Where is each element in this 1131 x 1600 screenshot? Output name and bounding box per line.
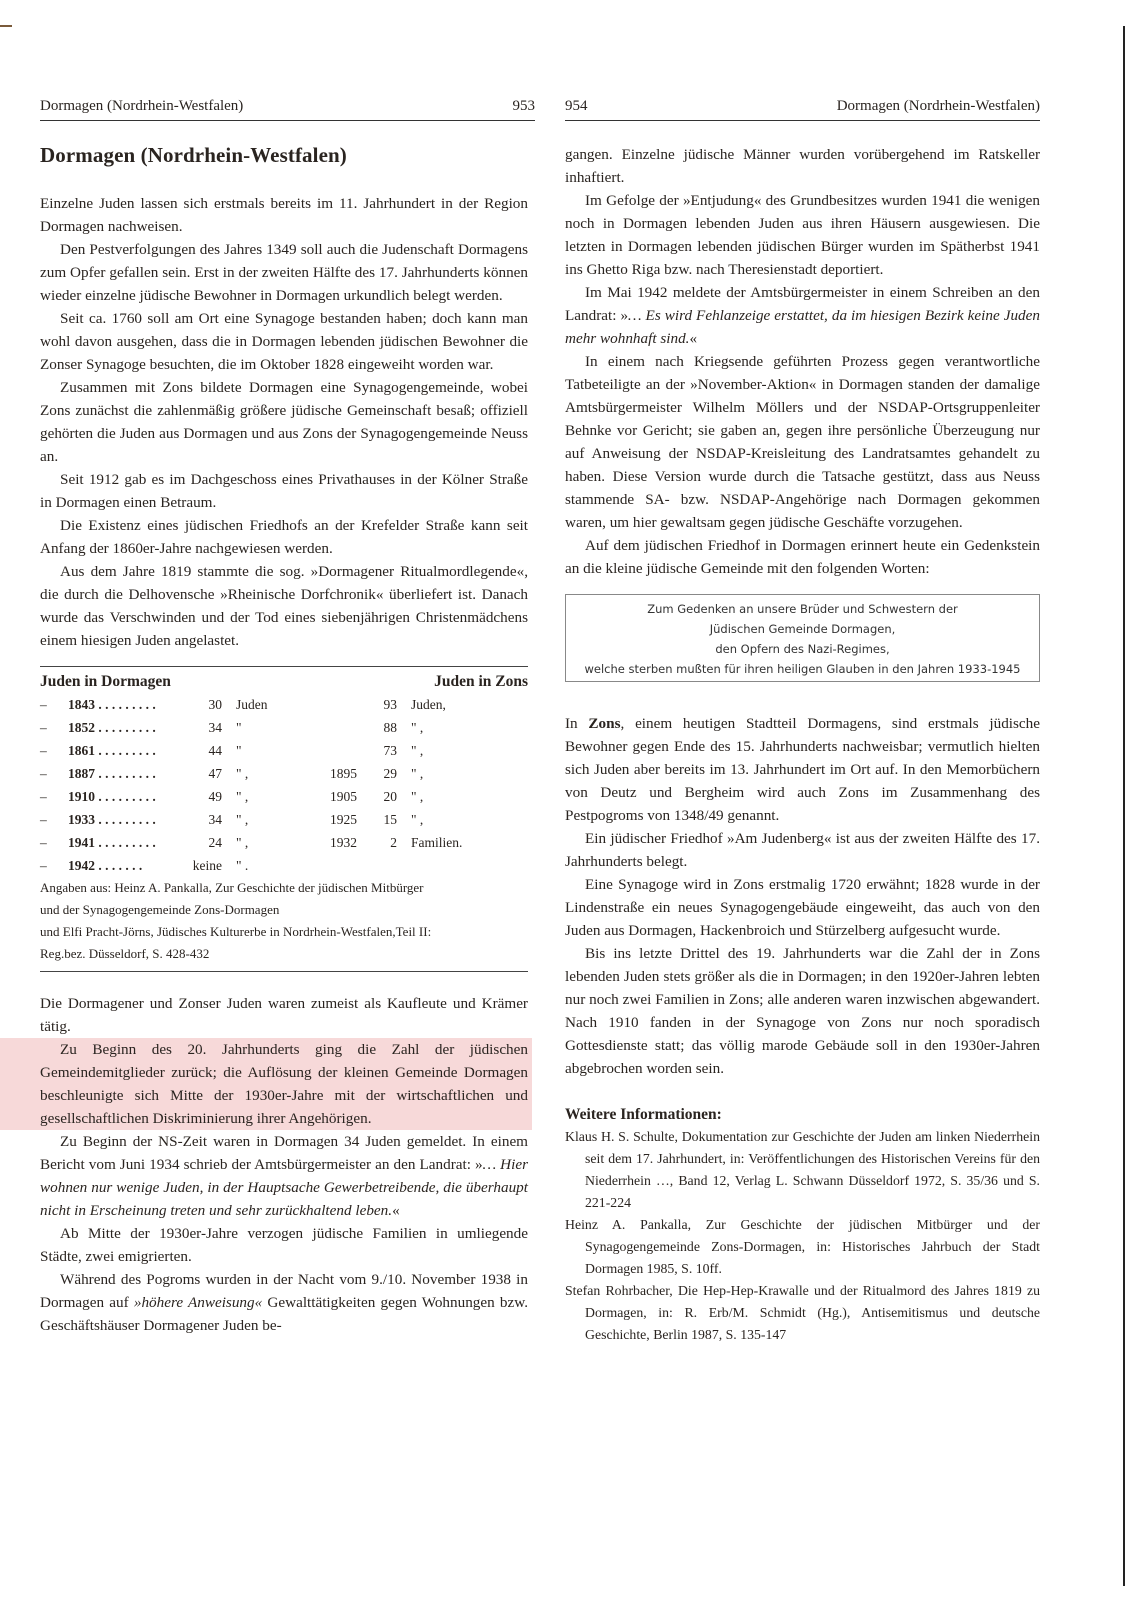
- stats-cell-label: " ,: [222, 831, 302, 854]
- stats-cell-zons-label: " ,: [397, 739, 477, 762]
- paragraph-may-1942: Im Mai 1942 meldete der Amtsbürgermeiste…: [565, 281, 1040, 350]
- stats-cell-label: Juden: [222, 693, 302, 716]
- stats-cell-zons-label: [397, 854, 477, 877]
- stats-cell-zons-year: [302, 716, 357, 739]
- stats-cell-label: " ,: [222, 762, 302, 785]
- stats-cell-count: 47: [186, 762, 222, 785]
- stats-cell-label: " ,: [222, 785, 302, 808]
- paragraph: In einem nach Kriegsende geführten Proze…: [565, 350, 1040, 534]
- paragraph: Seit 1912 gab es im Dachgeschoss eines P…: [40, 468, 528, 514]
- stats-cell-zons-year: [302, 854, 357, 877]
- stats-cell-zons-year: 1905: [302, 785, 357, 808]
- stats-cell-dash: –: [40, 854, 68, 877]
- stats-row: –1910 . . . . . . . . .49" ,190520" ,: [40, 785, 528, 808]
- memorial-line: Jüdischen Gemeinde Dormagen,: [570, 619, 1035, 639]
- stats-cell-count: 30: [186, 693, 222, 716]
- stats-source: Angaben aus: Heinz A. Pankalla, Zur Gesc…: [40, 877, 528, 965]
- stats-row: –1933 . . . . . . . . .34" ,192515" ,: [40, 808, 528, 831]
- stats-cell-label: ": [222, 739, 302, 762]
- paragraph: Aus dem Jahre 1819 stammte die sog. »Dor…: [40, 560, 528, 652]
- stats-source-line: Angaben aus: Heinz A. Pankalla, Zur Gesc…: [40, 877, 528, 899]
- paragraph: Bis ins letzte Drittel des 19. Jahrhunde…: [565, 942, 1040, 1080]
- stats-row: –1861 . . . . . . . . .44"73" ,: [40, 739, 528, 762]
- scan-page-edge: [1123, 26, 1125, 1586]
- page-number: 954: [565, 98, 588, 115]
- bold-place-name: Zons: [588, 715, 620, 732]
- text: «: [689, 330, 697, 347]
- highlighted-paragraph: Zu Beginn des 20. Jahrhunderts ging die …: [0, 1038, 532, 1130]
- text: In: [565, 715, 588, 732]
- paragraph: Ein jüdischer Friedhof »Am Judenberg« is…: [565, 827, 1040, 873]
- stats-cell-dash: –: [40, 831, 68, 854]
- page-number: 953: [513, 98, 536, 115]
- stats-cell-count: 34: [186, 716, 222, 739]
- stats-cell-zons-label: " ,: [397, 785, 477, 808]
- stats-source-line: und der Synagogengemeinde Zons-Dormagen: [40, 899, 528, 921]
- stats-cell-year: 1861 . . . . . . . . .: [68, 739, 186, 762]
- text: Zu Beginn der NS-Zeit waren in Dormagen …: [40, 1133, 528, 1173]
- stats-heading: Juden in Dormagen Juden in Zons: [40, 673, 528, 691]
- stats-row: –1843 . . . . . . . . .30Juden93Juden,: [40, 693, 528, 716]
- right-page: 954 Dormagen (Nordrhein-Westfalen) gange…: [565, 98, 1040, 1346]
- paragraph: gangen. Einzelne jüdische Männer wurden …: [565, 143, 1040, 189]
- memorial-line: Zum Gedenken an unsere Brüder und Schwes…: [570, 599, 1035, 619]
- stats-cell-year: 1843 . . . . . . . . .: [68, 693, 186, 716]
- paragraph: Den Pestverfolgungen des Jahres 1349 sol…: [40, 238, 528, 307]
- stats-cell-zons-label: " ,: [397, 808, 477, 831]
- paragraph: Im Gefolge der »Entjudung« des Grundbesi…: [565, 189, 1040, 281]
- reference-item: Klaus H. S. Schulte, Dokumentation zur G…: [565, 1126, 1040, 1214]
- stats-cell-zons-label: Juden,: [397, 693, 477, 716]
- text: «: [392, 1202, 400, 1219]
- stats-cell-zons-year: 1895: [302, 762, 357, 785]
- memorial-line: welche sterben mußten für ihren heiligen…: [570, 659, 1035, 679]
- stats-cell-zons-year: 1932: [302, 831, 357, 854]
- stats-cell-year: 1941 . . . . . . . . .: [68, 831, 186, 854]
- stats-cell-count: 44: [186, 739, 222, 762]
- stats-cell-zons-year: [302, 693, 357, 716]
- left-page: Dormagen (Nordrhein-Westfalen) 953 Dorma…: [40, 98, 528, 1337]
- stats-cell-count: 34: [186, 808, 222, 831]
- stats-cell-zons-count: 93: [357, 693, 397, 716]
- paragraph: Die Dormagener und Zonser Juden waren zu…: [40, 992, 528, 1038]
- quote: … Es wird Fehlanzeige erstattet, da im h…: [565, 307, 1040, 347]
- paragraph: Ab Mitte der 1930er-Jahre verzogen jüdis…: [40, 1222, 528, 1268]
- stats-cell-count: 49: [186, 785, 222, 808]
- stats-heading-zons: Juden in Zons: [434, 673, 528, 691]
- stats-cell-dash: –: [40, 762, 68, 785]
- stats-cell-year: 1933 . . . . . . . . .: [68, 808, 186, 831]
- stats-cell-label: " .: [222, 854, 302, 877]
- stats-row: –1852 . . . . . . . . .34"88" ,: [40, 716, 528, 739]
- quote: »höhere Anweisung«: [134, 1294, 262, 1311]
- stats-cell-dash: –: [40, 693, 68, 716]
- stats-heading-dormagen: Juden in Dormagen: [40, 673, 171, 691]
- stats-cell-dash: –: [40, 785, 68, 808]
- paragraph-zons: In Zons, einem heutigen Stadtteil Dormag…: [565, 712, 1040, 827]
- stats-cell-year: 1910 . . . . . . . . .: [68, 785, 186, 808]
- stats-cell-year: 1942 . . . . . . .: [68, 854, 186, 877]
- stats-cell-zons-count: 2: [357, 831, 397, 854]
- stats-cell-zons-count: 73: [357, 739, 397, 762]
- running-head-title: Dormagen (Nordrhein-Westfalen): [40, 98, 243, 115]
- further-info-heading: Weitere Informationen:: [565, 1106, 1040, 1124]
- stats-cell-zons-year: 1925: [302, 808, 357, 831]
- stats-cell-zons-count: 29: [357, 762, 397, 785]
- stats-cell-zons-count: [357, 854, 397, 877]
- paragraph-pogrom: Während des Pogroms wurden in der Nacht …: [40, 1268, 528, 1337]
- paragraph: Seit ca. 1760 soll am Ort eine Synagoge …: [40, 307, 528, 376]
- memorial-line: den Opfern des Nazi-Regimes,: [570, 639, 1035, 659]
- stats-cell-zons-count: 15: [357, 808, 397, 831]
- running-head-title: Dormagen (Nordrhein-Westfalen): [837, 98, 1040, 115]
- stats-cell-zons-count: 20: [357, 785, 397, 808]
- stats-cell-dash: –: [40, 808, 68, 831]
- stats-cell-dash: –: [40, 716, 68, 739]
- stats-cell-year: 1852 . . . . . . . . .: [68, 716, 186, 739]
- stats-row: –1941 . . . . . . . . .24" ,19322Familie…: [40, 831, 528, 854]
- running-head-left: Dormagen (Nordrhein-Westfalen) 953: [40, 98, 535, 121]
- paragraph-ns-report: Zu Beginn der NS-Zeit waren in Dormagen …: [40, 1130, 528, 1222]
- paragraph: Zusammen mit Zons bildete Dormagen eine …: [40, 376, 528, 468]
- stats-rows: –1843 . . . . . . . . .30Juden93Juden,–1…: [40, 693, 528, 877]
- article-title: Dormagen (Nordrhein-Westfalen): [40, 143, 528, 168]
- stats-cell-year: 1887 . . . . . . . . .: [68, 762, 186, 785]
- paragraph: Die Existenz eines jüdischen Friedhofs a…: [40, 514, 528, 560]
- memorial-inscription: Zum Gedenken an unsere Brüder und Schwes…: [565, 594, 1040, 682]
- stats-cell-dash: –: [40, 739, 68, 762]
- stats-cell-count: keine: [186, 854, 222, 877]
- reference-item: Stefan Rohrbacher, Die Hep-Hep-Krawalle …: [565, 1280, 1040, 1346]
- stats-source-line: Reg.bez. Düsseldorf, S. 428-432: [40, 943, 528, 965]
- paragraph: Einzelne Juden lassen sich erstmals bere…: [40, 192, 528, 238]
- running-head-right: 954 Dormagen (Nordrhein-Westfalen): [565, 98, 1040, 121]
- paragraph: Auf dem jüdischen Friedhof in Dormagen e…: [565, 534, 1040, 580]
- stats-cell-label: ": [222, 716, 302, 739]
- stats-cell-zons-count: 88: [357, 716, 397, 739]
- stats-cell-count: 24: [186, 831, 222, 854]
- stats-row: –1942 . . . . . . .keine" .: [40, 854, 528, 877]
- population-stats-box: Juden in Dormagen Juden in Zons –1843 . …: [40, 666, 528, 972]
- stats-cell-zons-label: " ,: [397, 716, 477, 739]
- paragraph: Eine Synagoge wird in Zons erstmalig 172…: [565, 873, 1040, 942]
- reference-item: Heinz A. Pankalla, Zur Geschichte der jü…: [565, 1214, 1040, 1280]
- scan-corner-mark: [0, 25, 12, 27]
- stats-cell-zons-label: Familien.: [397, 831, 477, 854]
- stats-source-line: und Elfi Pracht-Jörns, Jüdisches Kulture…: [40, 921, 528, 943]
- stats-cell-label: " ,: [222, 808, 302, 831]
- stats-cell-zons-year: [302, 739, 357, 762]
- stats-row: –1887 . . . . . . . . .47" ,189529" ,: [40, 762, 528, 785]
- text: , einem heutigen Stadtteil Dormagens, si…: [565, 715, 1040, 824]
- stats-cell-zons-label: " ,: [397, 762, 477, 785]
